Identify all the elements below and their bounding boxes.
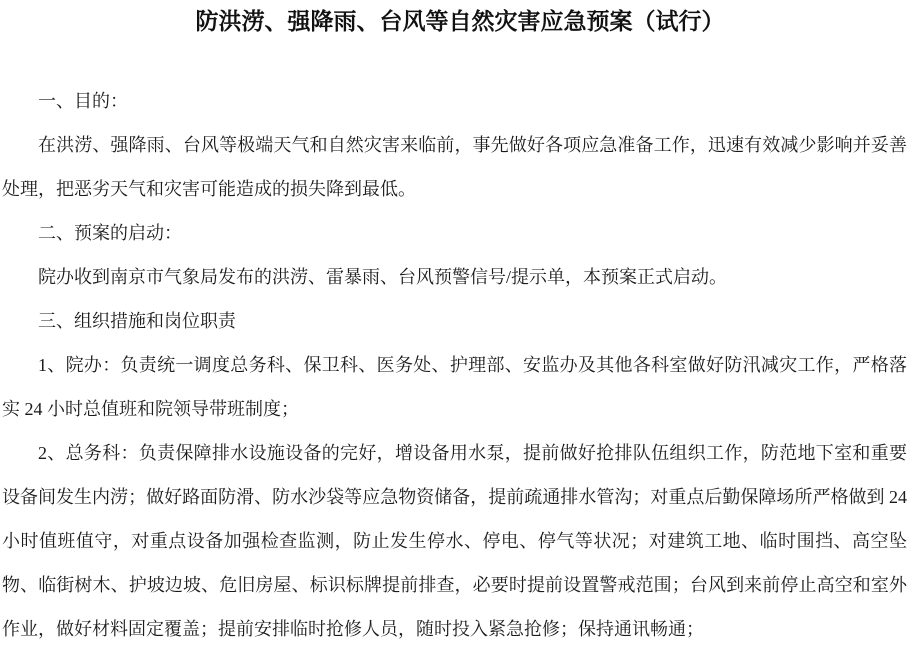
section-heading-organization: 三、组织措施和岗位职责 <box>2 299 907 343</box>
document-title: 防洪涝、强降雨、台风等自然灾害应急预案（试行） <box>0 0 920 35</box>
section-heading-purpose: 一、目的： <box>2 79 907 123</box>
document-body: 一、目的： 在洪涝、强降雨、台风等极端天气和自然灾害来临前，事先做好各项应急准备… <box>0 79 920 651</box>
document-page: 防洪涝、强降雨、台风等自然灾害应急预案（试行） 一、目的： 在洪涝、强降雨、台风… <box>0 0 920 660</box>
paragraph-activation: 院办收到南京市气象局发布的洪涝、雷暴雨、台风预警信号/提示单，本预案正式启动。 <box>2 255 907 299</box>
paragraph-purpose: 在洪涝、强降雨、台风等极端天气和自然灾害来临前，事先做好各项应急准备工作，迅速有… <box>2 123 907 211</box>
section-heading-activation: 二、预案的启动： <box>2 211 907 255</box>
paragraph-item-1-hospital-office: 1、院办：负责统一调度总务科、保卫科、医务处、护理部、安监办及其他各科室做好防汛… <box>2 343 907 431</box>
paragraph-item-2-general-affairs: 2、总务科：负责保障排水设施设备的完好，增设备用水泵，提前做好抢排队伍组织工作，… <box>2 431 907 651</box>
